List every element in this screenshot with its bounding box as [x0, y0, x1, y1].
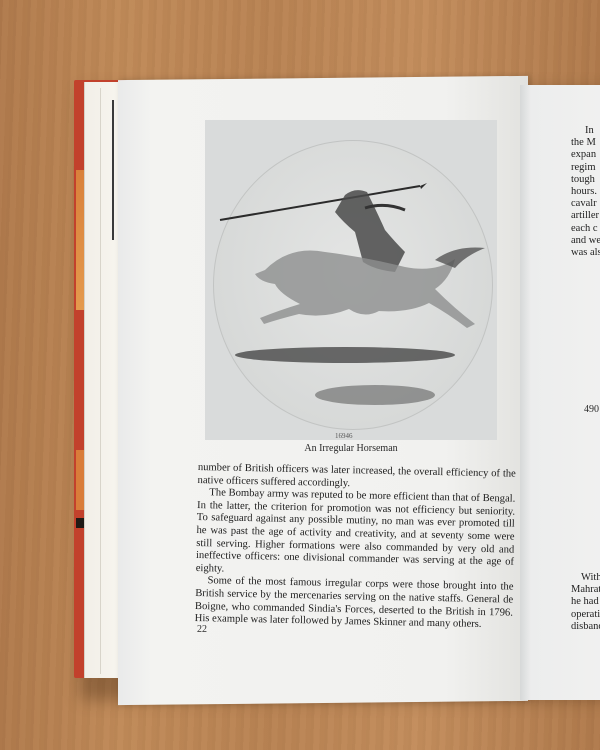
paragraph: Some of the most famous irregular corps …: [195, 575, 514, 632]
text-line: In: [571, 125, 600, 137]
right-page-text-bottom: With t Mahrattas he had t operations dis…: [571, 572, 600, 633]
text-line: Mahrattas: [571, 584, 600, 596]
illustration-irregular-horseman: 16946: [205, 120, 497, 440]
page-edge: [100, 88, 101, 674]
illustration-caption: An Irregular Horseman: [205, 443, 497, 454]
text-line: the M: [571, 137, 600, 149]
paragraph: The Bombay army was reputed to be more e…: [196, 487, 516, 582]
text-line: regim: [571, 162, 600, 174]
svg-text:16946: 16946: [335, 432, 353, 440]
text-line: operations: [571, 609, 600, 621]
text-line: he had t: [571, 596, 600, 608]
text-line: disbanded: [571, 621, 600, 633]
text-line: hours.: [571, 186, 600, 198]
page-edge-dark-rule: [112, 100, 114, 240]
text-line: artiller: [571, 210, 600, 222]
text-line: tough: [571, 174, 600, 186]
text-line: and we: [571, 235, 600, 247]
text-line: cavalr: [571, 198, 600, 210]
body-text: number of British officers was later inc…: [195, 462, 516, 632]
text-line: was als: [571, 247, 600, 259]
page-number: 22: [197, 624, 207, 635]
text-line: With t: [571, 572, 600, 584]
right-page-text-top: In the M expan regim tough hours. cavalr…: [571, 125, 600, 259]
text-line: each c: [571, 223, 600, 235]
horseman-drawing-icon: 16946: [205, 120, 497, 440]
right-page-number-fragment: 490: [584, 404, 599, 415]
text-line: expan: [571, 149, 600, 161]
